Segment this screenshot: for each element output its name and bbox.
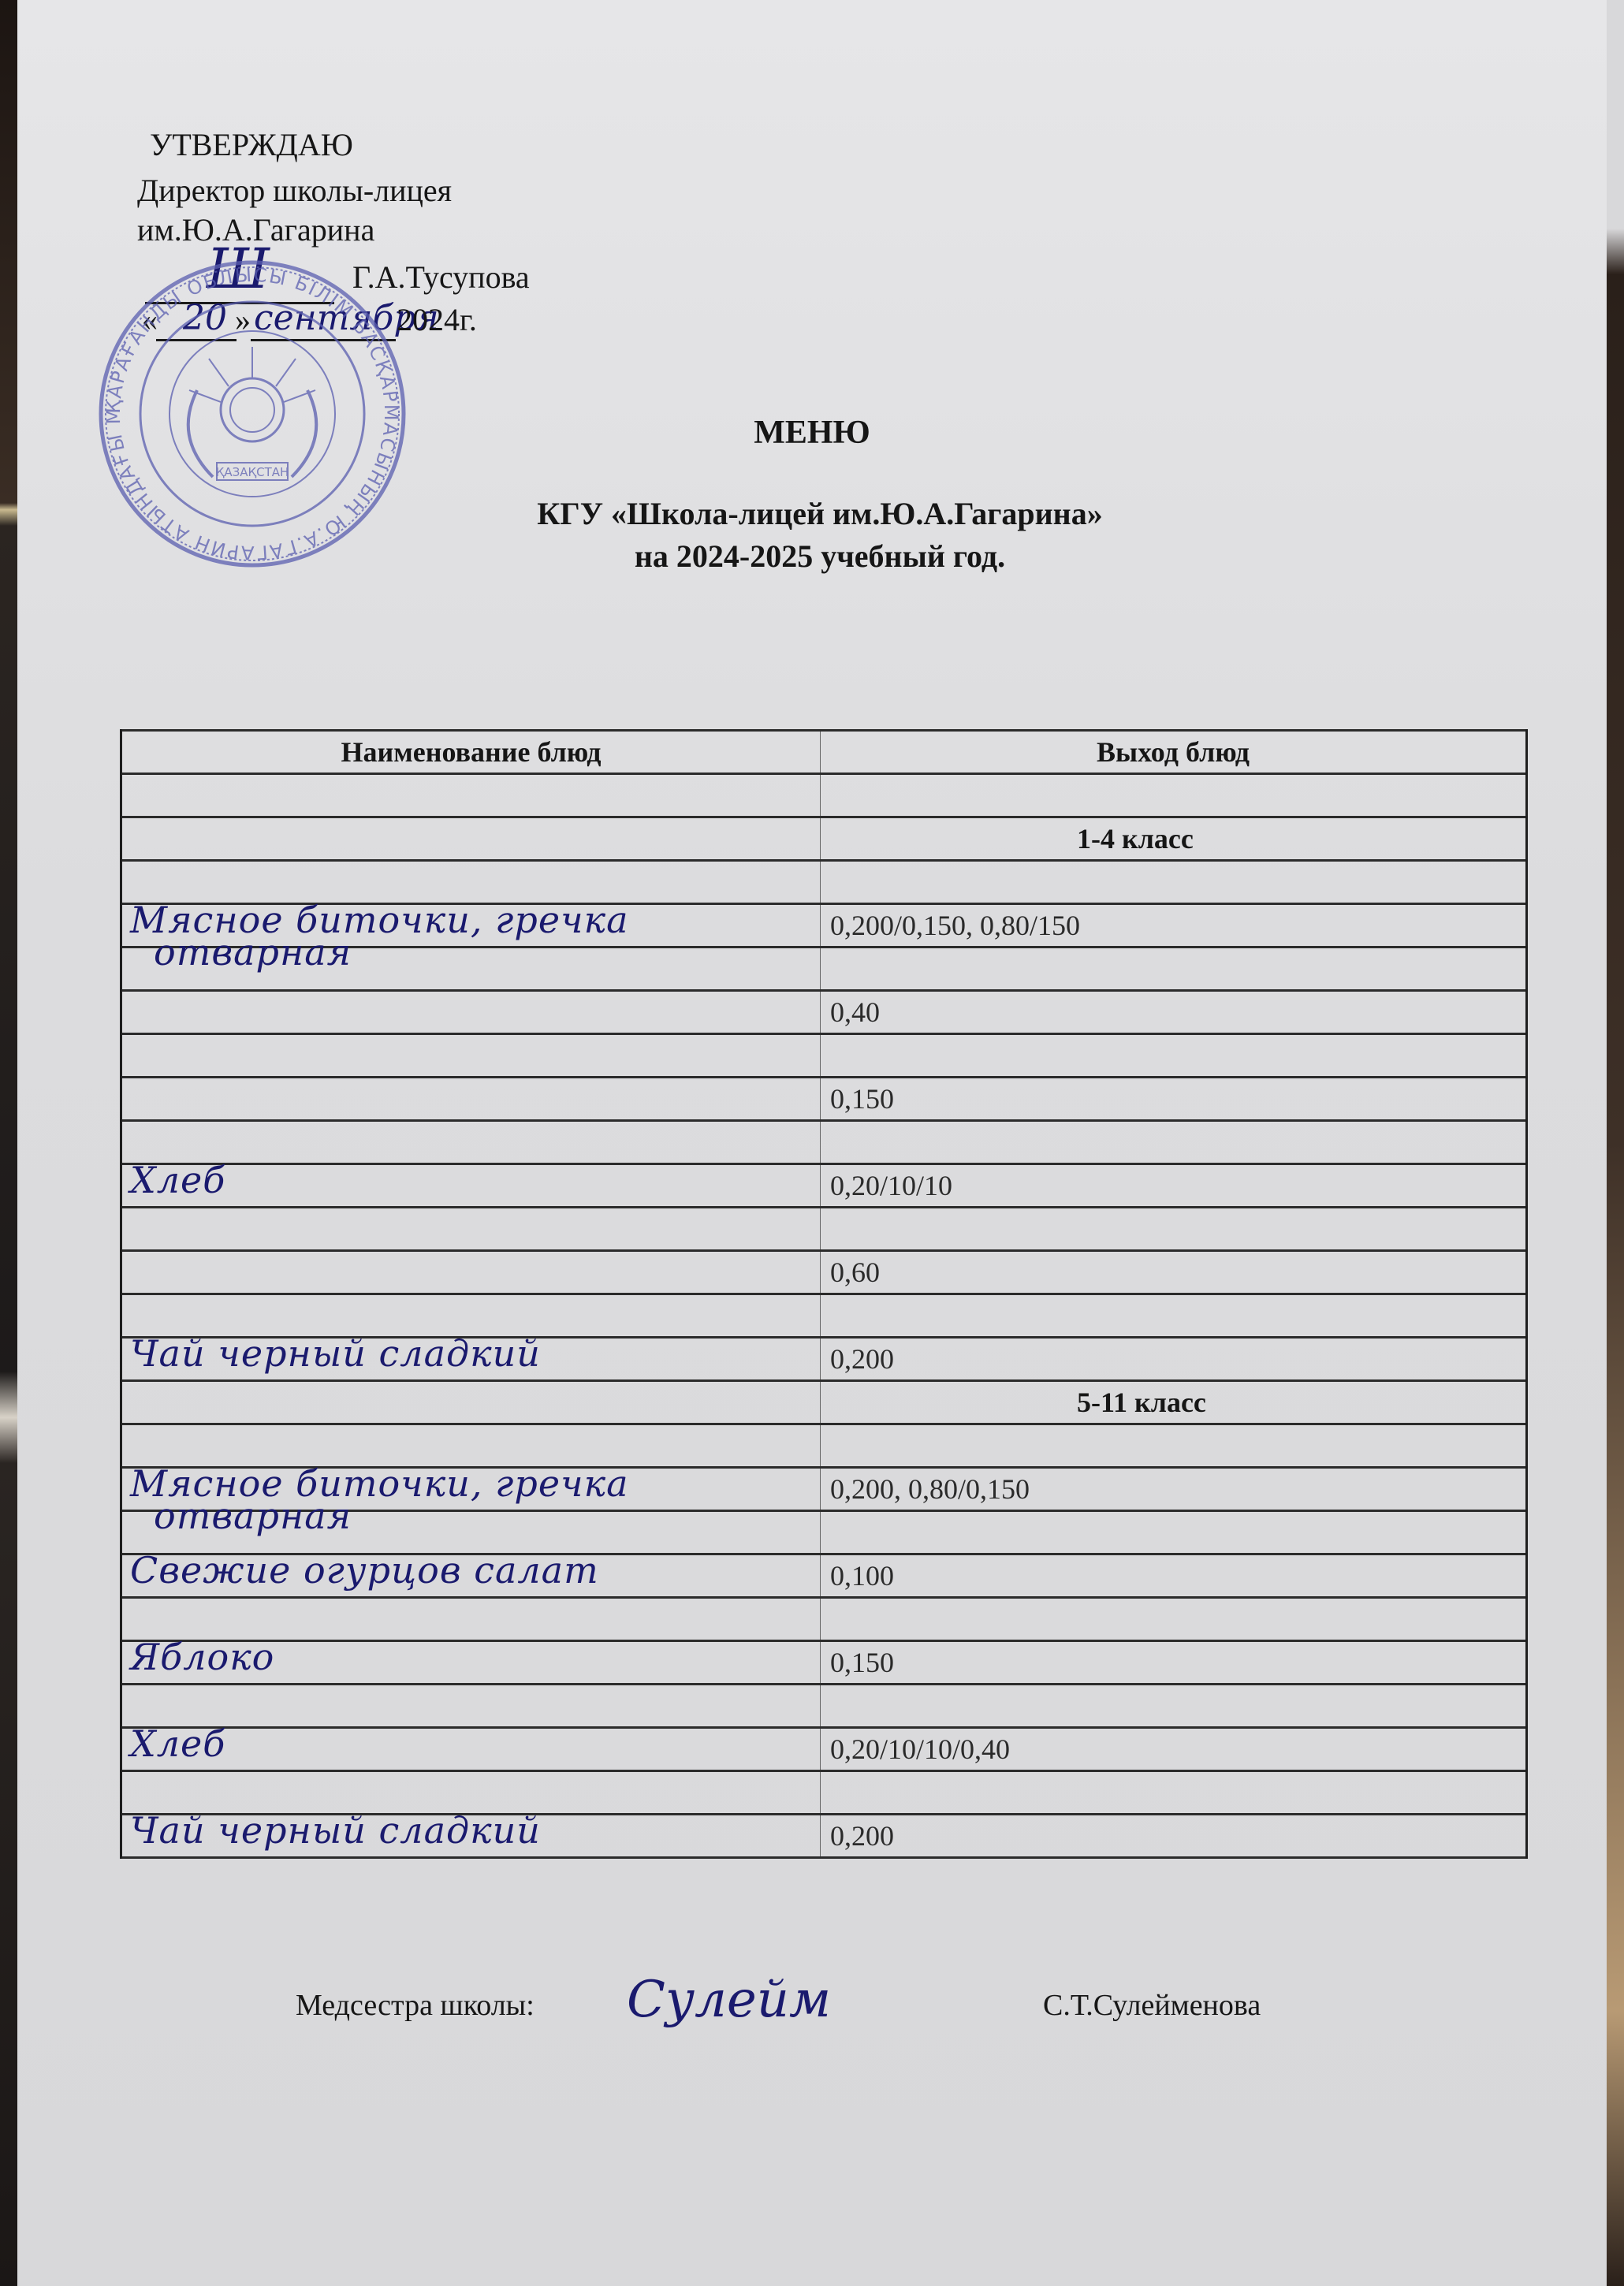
dish-name-cell: отварная: [122, 948, 821, 989]
yield-cell: 0,20/10/10/0,40: [821, 1729, 1525, 1770]
yield-value: 0,200: [830, 1338, 894, 1379]
yield-cell: 0,200/0,150, 0,80/150: [821, 905, 1525, 946]
dish-name-handwritten: отварная: [154, 1495, 352, 1537]
table-row: [122, 1206, 1525, 1249]
dish-name-cell: Яблоко: [122, 1642, 821, 1683]
dish-name-cell: Хлеб: [122, 1165, 821, 1206]
yield-cell: [821, 1425, 1525, 1466]
dish-name-cell: отварная: [122, 1512, 821, 1553]
yield-value: 0,100: [830, 1555, 894, 1596]
table-row: [122, 1293, 1525, 1336]
yield-cell: 0,20/10/10: [821, 1165, 1525, 1206]
dish-name-cell: [122, 775, 821, 816]
dish-name-cell: Чай черный сладкий: [122, 1815, 821, 1856]
dish-name-cell: [122, 992, 821, 1033]
dish-name-handwritten: Яблоко: [130, 1636, 274, 1678]
yield-cell: 0,200: [821, 1338, 1525, 1379]
table-row: [122, 1119, 1525, 1163]
yield-cell: 1-4 класс: [821, 818, 1525, 859]
dish-name-cell: [122, 1599, 821, 1640]
dish-name-cell: [122, 1252, 821, 1293]
table-row: [122, 1423, 1525, 1466]
dish-name-cell: Чай черный сладкий: [122, 1338, 821, 1379]
table-row: [122, 773, 1525, 816]
table-row: [122, 859, 1525, 903]
yield-cell: [821, 1122, 1525, 1163]
table-section-row: 5-11 класс: [122, 1379, 1525, 1423]
class-group-label: 1-4 класс: [1077, 818, 1194, 859]
dish-name-handwritten: Свежие огурцов салат: [130, 1549, 599, 1592]
yield-cell: 0,200: [821, 1815, 1525, 1856]
yield-cell: 5-11 класс: [821, 1382, 1525, 1423]
class-group-label: 5-11 класс: [1077, 1382, 1206, 1423]
dish-name-cell: [122, 1425, 821, 1466]
yield-cell: [821, 1685, 1525, 1726]
document-title: МЕНЮ: [0, 414, 1624, 452]
yield-cell: [821, 1599, 1525, 1640]
table-row: Чай черный сладкий0,200: [122, 1336, 1525, 1379]
dish-name-handwritten: отварная: [154, 931, 352, 974]
nurse-label: Медсестра школы:: [296, 1988, 535, 2023]
nurse-signature: Сулейм: [627, 1971, 831, 2029]
yield-cell: [821, 1512, 1525, 1553]
nurse-name: С.Т.Сулейменова: [1043, 1988, 1261, 2023]
yield-cell: 0,150: [821, 1642, 1525, 1683]
dish-name-cell: [122, 1685, 821, 1726]
yield-cell: [821, 948, 1525, 989]
yield-cell: [821, 862, 1525, 903]
table-section-row: 1-4 класс: [122, 816, 1525, 859]
dish-name-handwritten: Чай черный сладкий: [130, 1332, 541, 1375]
table-row: [122, 1033, 1525, 1076]
dish-name-cell: [122, 1078, 821, 1119]
dish-name-handwritten: Чай черный сладкий: [130, 1809, 541, 1852]
table-row: [122, 1683, 1525, 1726]
dish-name-cell: [122, 1122, 821, 1163]
table-row: Яблоко0,150: [122, 1640, 1525, 1683]
svg-text:ҚАЗАҚСТАН: ҚАЗАҚСТАН: [216, 465, 289, 479]
yield-cell: [821, 1772, 1525, 1813]
dish-name-cell: [122, 1772, 821, 1813]
table-row: Хлеб0,20/10/10: [122, 1163, 1525, 1206]
yield-cell: [821, 1035, 1525, 1076]
dish-name-cell: [122, 862, 821, 903]
table-header-row: Наименование блюд Выход блюд: [122, 729, 1525, 773]
yield-value: 0,20/10/10: [830, 1165, 952, 1206]
dish-name-cell: [122, 1382, 821, 1423]
yield-value: 0,200, 0,80/0,150: [830, 1469, 1030, 1510]
yield-value: 0,150: [830, 1642, 894, 1683]
yield-value: 0,200/0,150, 0,80/150: [830, 905, 1080, 946]
table-row: отварная: [122, 1510, 1525, 1553]
yield-value: 0,20/10/10/0,40: [830, 1729, 1010, 1770]
table-row: 0,60: [122, 1249, 1525, 1293]
yield-value: 0,40: [830, 992, 880, 1033]
dish-name-cell: [122, 1035, 821, 1076]
dish-name-cell: Свежие огурцов салат: [122, 1555, 821, 1596]
yield-cell: 0,200, 0,80/0,150: [821, 1469, 1525, 1510]
approval-heading: УТВЕРЖДАЮ: [150, 126, 353, 163]
dish-name-handwritten: Хлеб: [130, 1159, 225, 1201]
table-row: [122, 1596, 1525, 1640]
dish-name-cell: [122, 1208, 821, 1249]
table-row: 0,150: [122, 1076, 1525, 1119]
yield-cell: 0,40: [821, 992, 1525, 1033]
dish-name-handwritten: Хлеб: [130, 1722, 225, 1765]
yield-value: 0,150: [830, 1078, 894, 1119]
table-row: Чай черный сладкий0,200: [122, 1813, 1525, 1859]
yield-cell: 0,60: [821, 1252, 1525, 1293]
table-row: Хлеб0,20/10/10/0,40: [122, 1726, 1525, 1770]
table-row: [122, 1770, 1525, 1813]
dish-name-cell: Хлеб: [122, 1729, 821, 1770]
yield-cell: 0,150: [821, 1078, 1525, 1119]
yield-value: 0,60: [830, 1252, 880, 1293]
approval-position: Директор школы-лицея: [137, 172, 452, 209]
table-row: Свежие огурцов салат0,100: [122, 1553, 1525, 1596]
table-row: отварная: [122, 946, 1525, 989]
yield-cell: 0,100: [821, 1555, 1525, 1596]
dish-name-cell: [122, 1295, 821, 1336]
yield-value: 0,200: [830, 1815, 894, 1856]
column-header-dish-name: Наименование блюд: [122, 732, 821, 773]
dish-name-cell: [122, 818, 821, 859]
academic-year: на 2024-2025 учебный год.: [0, 538, 1624, 575]
column-header-yield: Выход блюд: [821, 732, 1525, 773]
menu-table: Наименование блюд Выход блюд 1-4 классМя…: [120, 729, 1528, 1859]
yield-cell: [821, 775, 1525, 816]
school-name: КГУ «Школа-лицей им.Ю.А.Гагарина»: [0, 495, 1624, 532]
yield-cell: [821, 1295, 1525, 1336]
yield-cell: [821, 1208, 1525, 1249]
table-row: 0,40: [122, 989, 1525, 1033]
